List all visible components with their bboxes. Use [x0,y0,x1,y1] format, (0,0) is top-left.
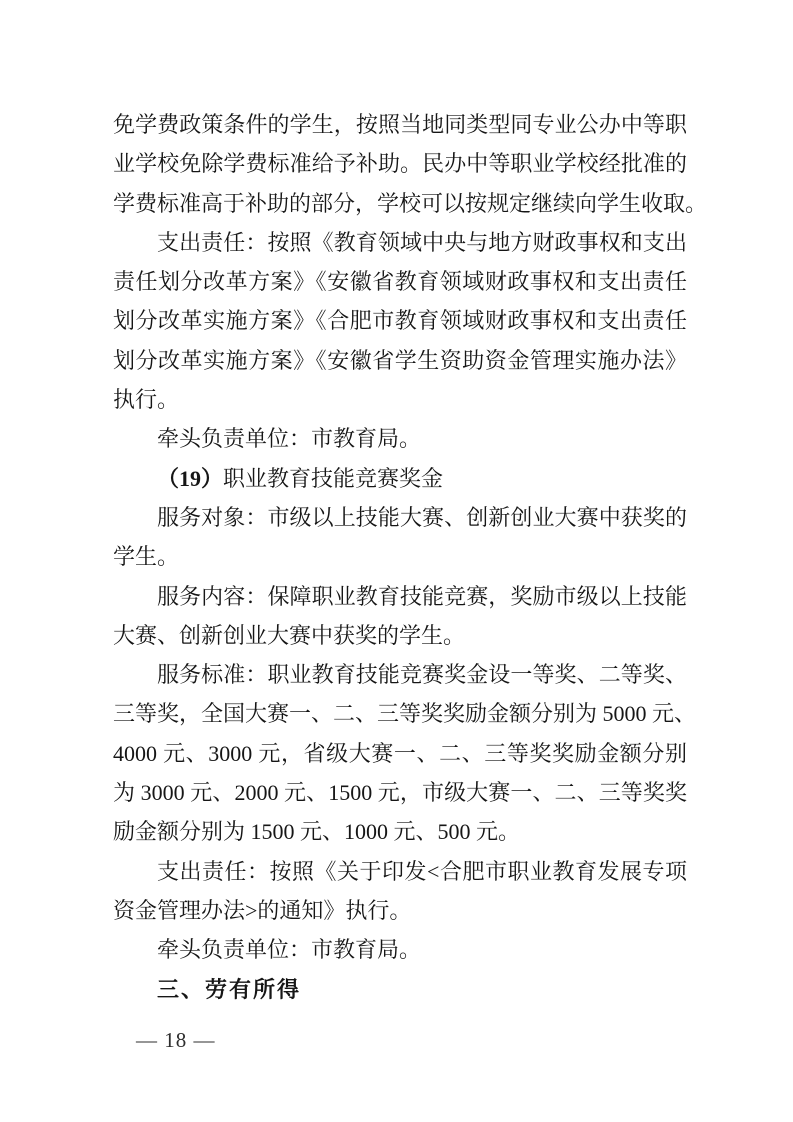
body-line: 为 3000 元、2000 元、1500 元，市级大赛一、二、三等奖奖 [113,773,687,812]
lead-in-label: 服务内容： [157,584,267,609]
body-line: 大赛、创新创业大赛中获奖的学生。 [113,616,687,655]
line-lead-unit: 牵头负责单位：市教育局。 [113,930,687,969]
lead-in-label: 支出责任： [157,230,267,255]
body-text: 市教育局。 [311,937,421,962]
body-line: 学费标准高于补助的部分，学校可以按规定继续向学生收取。 [113,184,687,223]
body-text: 按照《教育领域中央与地方财政事权和支出 [267,230,687,255]
body-line: 4000 元、3000 元，省级大赛一、二、三等奖奖励金额分别 [113,734,687,773]
body-line: 业学校免除学费标准给予补助。民办中等职业学校经批准的 [113,144,687,183]
body-line: 免学费政策条件的学生，按照当地同类型同专业公办中等职 [113,105,687,144]
body-line: 责任划分改革方案》《安徽省教育领域财政事权和支出责任 [113,262,687,301]
line-service-content: 服务内容：保障职业教育技能竞赛，奖励市级以上技能 [113,577,687,616]
document-text-block: 免学费政策条件的学生，按照当地同类型同专业公办中等职 业学校免除学费标准给予补助… [113,105,687,1009]
lead-in-label: 牵头负责单位： [157,426,311,451]
line-expenditure-responsibility: 支出责任：按照《教育领域中央与地方财政事权和支出 [113,223,687,262]
line-expenditure-responsibility: 支出责任：按照《关于印发<合肥市职业教育发展专项 [113,852,687,891]
body-text: 保障职业教育技能竞赛，奖励市级以上技能 [267,584,687,609]
lead-in-label: 服务对象： [157,505,267,530]
lead-in-label: 服务标准： [157,662,267,687]
line-section-heading: 三、劳有所得 [113,970,687,1009]
body-text: 市教育局。 [311,426,421,451]
line-item-19-title: （19）职业教育技能竞赛奖金 [113,459,687,498]
lead-in-label: 牵头负责单位： [157,937,311,962]
line-service-target: 服务对象：市级以上技能大赛、创新创业大赛中获奖的 [113,498,687,537]
body-text: 按照《关于印发<合肥市职业教育发展专项 [270,859,687,884]
body-line: 划分改革实施方案》《合肥市教育领域财政事权和支出责任 [113,301,687,340]
page-number: — 18 — [136,1027,216,1053]
lead-in-label: 支出责任： [157,859,270,884]
body-text: 市级以上技能大赛、创新创业大赛中获奖的 [267,505,687,530]
body-line: 励金额分别为 1500 元、1000 元、500 元。 [113,812,687,851]
item-title: 职业教育技能竞赛奖金 [223,466,443,491]
body-line: 三等奖，全国大赛一、二、三等奖奖励金额分别为 5000 元、 [113,694,687,733]
body-line: 执行。 [113,380,687,419]
line-service-standard: 服务标准：职业教育技能竞赛奖金设一等奖、二等奖、 [113,655,687,694]
body-line: 划分改革实施方案》《安徽省学生资助资金管理实施办法》 [113,341,687,380]
body-line: 资金管理办法>的通知》执行。 [113,891,687,930]
line-lead-unit: 牵头负责单位：市教育局。 [113,419,687,458]
item-number: （19） [157,466,223,491]
body-text: 职业教育技能竞赛奖金设一等奖、二等奖、 [267,662,687,687]
body-line: 学生。 [113,537,687,576]
document-page: 免学费政策条件的学生，按照当地同类型同专业公办中等职 业学校免除学费标准给予补助… [0,0,793,1122]
